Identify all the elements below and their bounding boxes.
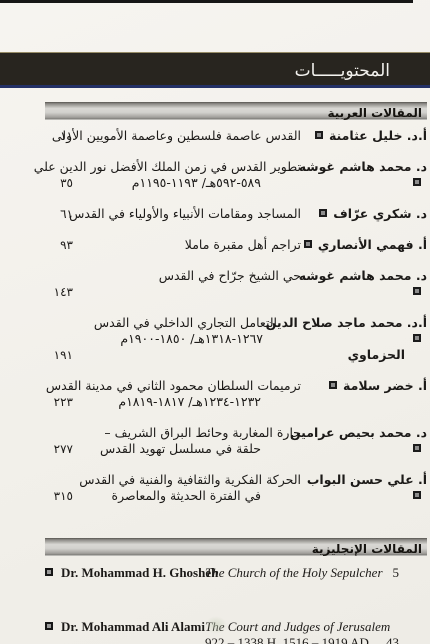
top-scan-rule	[0, 0, 413, 3]
contents-title: المحتويـــــات	[0, 53, 430, 83]
article-title: حارة المغاربة وحائط البراق الشريف –	[73, 425, 301, 441]
title-cell: The Church of the Holy Sepulcher	[205, 565, 359, 581]
toc-row: د. محمد هاشم غوشه تطوير القدس في زمن الم…	[45, 159, 427, 191]
square-bullet-icon	[319, 209, 327, 217]
scanned-contents-page: المحتويـــــات المقالات العربية أ.د. خلي…	[0, 0, 430, 644]
toc-content: المقالات العربية أ.د. خليل عثامنة القدس …	[45, 102, 427, 644]
page-number: ١١	[45, 128, 73, 144]
author-cell: د. محمد بحيص عرامين	[301, 425, 427, 457]
square-bullet-icon	[329, 381, 337, 389]
author-name: د. محمد هاشم غوشه	[299, 268, 427, 283]
page-number: 5	[359, 565, 427, 581]
article-title: The Church of the Holy Sepulcher	[205, 565, 359, 581]
toc-row: د. محمد بحيص عرامين حارة المغاربة وحائط …	[45, 425, 427, 457]
toc-row: أ. علي حسن البواب الحركة الفكرية والثقاف…	[45, 472, 427, 504]
author-cell: د. شكري عرّاف	[301, 206, 427, 222]
author-cell: د. محمد هاشم غوشه	[301, 268, 427, 300]
author-name: د. شكري عرّاف	[333, 206, 427, 221]
title-cell: ترميمات السلطان محمود الثاني في مدينة ال…	[73, 378, 301, 410]
square-bullet-icon	[304, 240, 312, 248]
page-number: ٣٥	[45, 175, 73, 191]
author-name-line2: الحزماوي	[277, 347, 427, 363]
english-rows: Dr. Mohammad H. Ghosheh The Church of th…	[45, 565, 427, 644]
author-cell: د. محمد هاشم غوشه	[301, 159, 427, 191]
article-dates: ٥٨٩-٥٩٢هـ/ ١١٩٣-١١٩٥م	[73, 175, 301, 191]
square-bullet-icon	[413, 334, 421, 342]
page-number: ٢٢٣	[45, 394, 73, 410]
article-title: المساجد ومقامات الأنبياء والأولياء في ال…	[73, 206, 301, 222]
author-cell: أ. خضر سلامة	[301, 378, 427, 410]
page-number: ١٩١	[45, 347, 73, 363]
title-cell: تراجم أهل مقبرة ماملا	[73, 237, 301, 253]
article-title: حي الشيخ جرّاح في القدس	[73, 268, 301, 284]
article-title: الحركة الفكرية والثقافية والفنية في القد…	[73, 472, 301, 488]
section-header-english: المقالات الإنجليزية	[45, 538, 427, 556]
article-dates: ١٢٦٧-١٣١٨هـ/ ١٨٥٠-١٩٠٠م	[73, 331, 277, 347]
square-bullet-icon	[315, 131, 323, 139]
author-cell: أ.د. محمد ماجد صلاح الدين الحزماوي	[277, 315, 427, 363]
toc-row: أ.د. خليل عثامنة القدس عاصمة فلسطين وعاص…	[45, 128, 427, 144]
author-cell: أ.د. خليل عثامنة	[301, 128, 427, 144]
article-dates: 922 – 1338 H, 1516 – 1919 AD	[205, 635, 359, 644]
toc-row: د. محمد هاشم غوشه حي الشيخ جرّاح في القد…	[45, 268, 427, 300]
article-title: ترميمات السلطان محمود الثاني في مدينة ال…	[73, 378, 301, 394]
article-title: القدس عاصمة فلسطين وعاصمة الأمويين الأول…	[73, 128, 301, 144]
article-dates: حلقة في مسلسل تهويد القدس	[73, 441, 301, 457]
article-dates: ١٢٣٢-١٢٣٤هـ/ ١٨١٧-١٨١٩م	[73, 394, 301, 410]
title-cell: المساجد ومقامات الأنبياء والأولياء في ال…	[73, 206, 301, 222]
author-name: أ. خضر سلامة	[343, 378, 427, 393]
author-cell: أ. علي حسن البواب	[301, 472, 427, 504]
article-title: تطوير القدس في زمن الملك الأفضل نور الدي…	[73, 159, 301, 175]
article-title: التعامل التجاري الداخلي في القدس	[73, 315, 277, 331]
toc-row: أ. فهمي الأنصاري تراجم أهل مقبرة ماملا ٩…	[45, 237, 427, 253]
title-cell: القدس عاصمة فلسطين وعاصمة الأمويين الأول…	[73, 128, 301, 144]
author-name: أ.د. محمد ماجد صلاح الدين	[266, 315, 427, 330]
square-bullet-icon	[413, 287, 421, 295]
title-cell: تطوير القدس في زمن الملك الأفضل نور الدي…	[73, 159, 301, 191]
square-bullet-icon	[413, 178, 421, 186]
author-name: Dr. Mohammad Ali Alami	[61, 619, 205, 634]
toc-row: Dr. Mohammad Ali Alami The Court and Jud…	[45, 619, 427, 644]
page-number: ١٤٣	[45, 284, 73, 300]
author-name: أ. علي حسن البواب	[307, 472, 427, 487]
author-cell: Dr. Mohammad H. Ghosheh	[45, 565, 205, 581]
author-name: أ.د. خليل عثامنة	[329, 128, 427, 143]
article-title: The Court and Judges of Jerusalem	[205, 619, 359, 635]
author-name: د. محمد بحيص عرامين	[290, 425, 427, 440]
square-bullet-icon	[45, 622, 53, 630]
section-header-arabic-label: المقالات العربية	[327, 106, 427, 120]
page-number: 43	[359, 635, 427, 644]
page-number: ٢٧٧	[45, 441, 73, 457]
author-cell: أ. فهمي الأنصاري	[301, 237, 427, 253]
article-dates: في الفترة الحديثة والمعاصرة	[73, 488, 301, 504]
page-number: ٩٣	[45, 237, 73, 253]
title-cell: The Court and Judges of Jerusalem 922 – …	[205, 619, 359, 644]
author-cell: Dr. Mohammad Ali Alami	[45, 619, 205, 644]
author-name: د. محمد هاشم غوشه	[299, 159, 427, 174]
square-bullet-icon	[45, 568, 53, 576]
author-name: أ. فهمي الأنصاري	[318, 237, 427, 252]
author-name: Dr. Mohammad H. Ghosheh	[61, 565, 218, 580]
toc-row: أ. خضر سلامة ترميمات السلطان محمود الثان…	[45, 378, 427, 410]
arabic-rows: أ.د. خليل عثامنة القدس عاصمة فلسطين وعاص…	[45, 128, 427, 504]
toc-row: Dr. Mohammad H. Ghosheh The Church of th…	[45, 565, 427, 581]
square-bullet-icon	[413, 491, 421, 499]
square-bullet-icon	[413, 444, 421, 452]
section-header-arabic: المقالات العربية	[45, 102, 427, 120]
page-number: ٣١٥	[45, 488, 73, 504]
article-title: تراجم أهل مقبرة ماملا	[73, 237, 301, 253]
title-cell: حارة المغاربة وحائط البراق الشريف – حلقة…	[73, 425, 301, 457]
title-cell: حي الشيخ جرّاح في القدس	[73, 268, 301, 300]
title-cell: التعامل التجاري الداخلي في القدس ١٢٦٧-١٣…	[73, 315, 277, 363]
page-number: ٦١	[45, 206, 73, 222]
scan-smudge	[205, 616, 227, 634]
section-header-english-label: المقالات الإنجليزية	[312, 542, 427, 556]
contents-title-bar: المحتويـــــات	[0, 52, 430, 88]
toc-row: أ.د. محمد ماجد صلاح الدين الحزماوي التعا…	[45, 315, 427, 363]
title-cell: الحركة الفكرية والثقافية والفنية في القد…	[73, 472, 301, 504]
toc-row: د. شكري عرّاف المساجد ومقامات الأنبياء و…	[45, 206, 427, 222]
